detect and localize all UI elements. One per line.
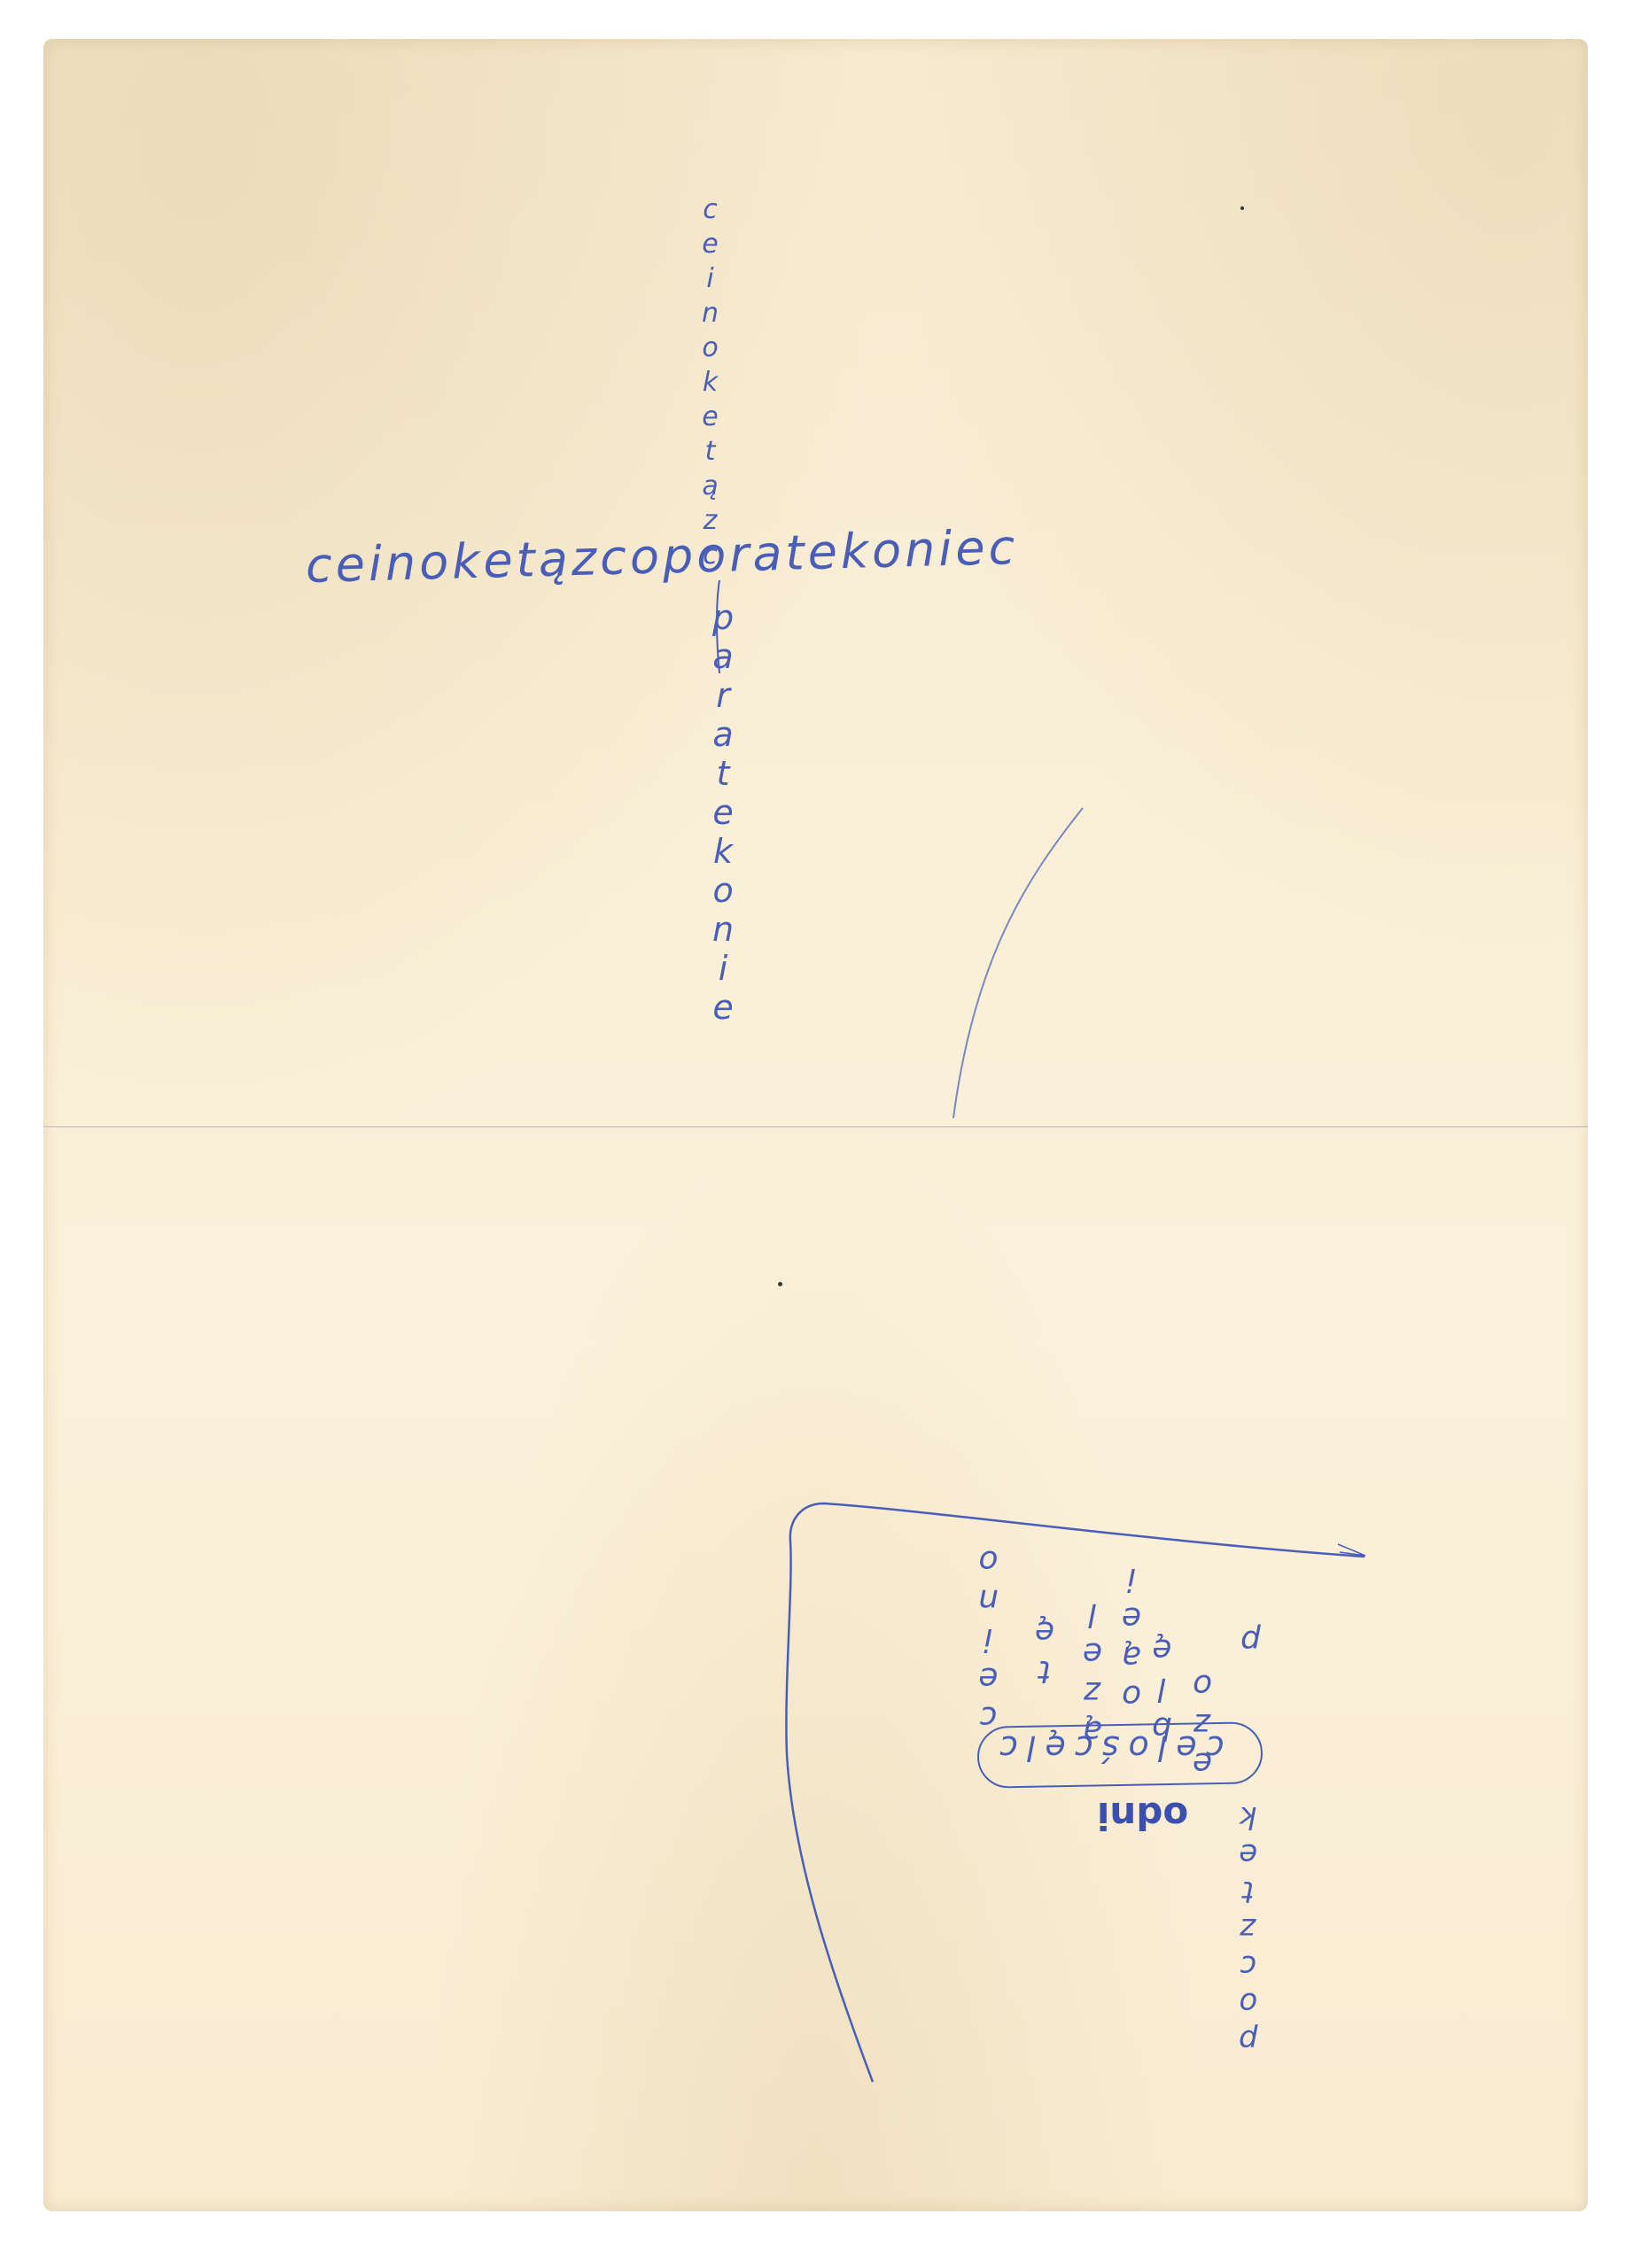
- letter: z: [1240, 1914, 1256, 1944]
- pen-strokes: [0, 0, 1625, 2268]
- letter: ę: [1152, 1634, 1171, 1666]
- letter: k: [713, 835, 733, 868]
- letter: c: [703, 197, 718, 223]
- letter: o: [702, 335, 718, 361]
- letter: p: [712, 601, 734, 634]
- arc-stroke: [953, 808, 1083, 1118]
- letter: o: [1122, 1680, 1141, 1712]
- vertical-handwritten-column-top: c e i n o k e t ą z c: [702, 197, 719, 569]
- letter: r: [716, 679, 730, 712]
- letter: n: [702, 300, 719, 327]
- right-upside-down-column: p o c z t e k: [1239, 1798, 1258, 2059]
- letter: c: [703, 542, 718, 569]
- bracket-stroke: [786, 1503, 1365, 2082]
- letter: t: [705, 439, 716, 465]
- letter: z: [704, 508, 718, 534]
- letter: t: [1242, 1876, 1254, 1907]
- letter: t: [1038, 1655, 1051, 1687]
- letter: t: [717, 757, 730, 790]
- letter: n: [712, 913, 734, 946]
- letter: p: [1239, 2025, 1258, 2055]
- letter: ę: [1035, 1616, 1054, 1648]
- upside-down-column-2: t ę: [1035, 1612, 1054, 1690]
- letter: e: [702, 404, 718, 431]
- letter: o: [1193, 1669, 1212, 1701]
- paper-speck: [778, 1282, 782, 1286]
- letter: e: [702, 231, 718, 258]
- vertical-handwritten-column-bottom: p a r a t e k o n i e: [712, 601, 734, 1024]
- letter: z: [1085, 1676, 1101, 1708]
- letter: a: [712, 718, 733, 751]
- letter: ą: [1122, 1641, 1141, 1673]
- letter: n: [978, 1584, 999, 1616]
- paper-speck: [1240, 206, 1244, 210]
- bold-handwritten-word: odni: [1097, 1794, 1188, 1837]
- upside-down-column-1: c e i n o: [978, 1542, 999, 1736]
- letter: o: [1239, 1988, 1257, 2018]
- letter: e: [712, 796, 733, 829]
- letter: o: [978, 1545, 998, 1577]
- circled-row-text: celoścęlc: [991, 1731, 1225, 1765]
- letter: i: [1127, 1563, 1136, 1595]
- letter: e: [1122, 1602, 1141, 1634]
- letter: k: [1240, 1802, 1257, 1832]
- letter: i: [706, 266, 713, 292]
- letter: e: [978, 1662, 998, 1694]
- upside-down-column-7: p: [1240, 1621, 1261, 1660]
- letter: e: [1239, 1839, 1257, 1869]
- letter: i: [984, 1623, 992, 1655]
- letter: i: [719, 951, 728, 985]
- letter: k: [703, 369, 718, 396]
- letter: l: [1088, 1598, 1097, 1630]
- letter: o: [712, 874, 733, 907]
- letter: p: [1240, 1625, 1261, 1657]
- letter: a: [712, 640, 733, 673]
- upside-down-column-4: o ą e i: [1122, 1559, 1141, 1715]
- letter: l: [1157, 1673, 1166, 1705]
- letter: e: [1083, 1637, 1102, 1669]
- letter: e: [712, 990, 733, 1024]
- letter: c: [1240, 1951, 1256, 1981]
- letter: ą: [702, 473, 718, 500]
